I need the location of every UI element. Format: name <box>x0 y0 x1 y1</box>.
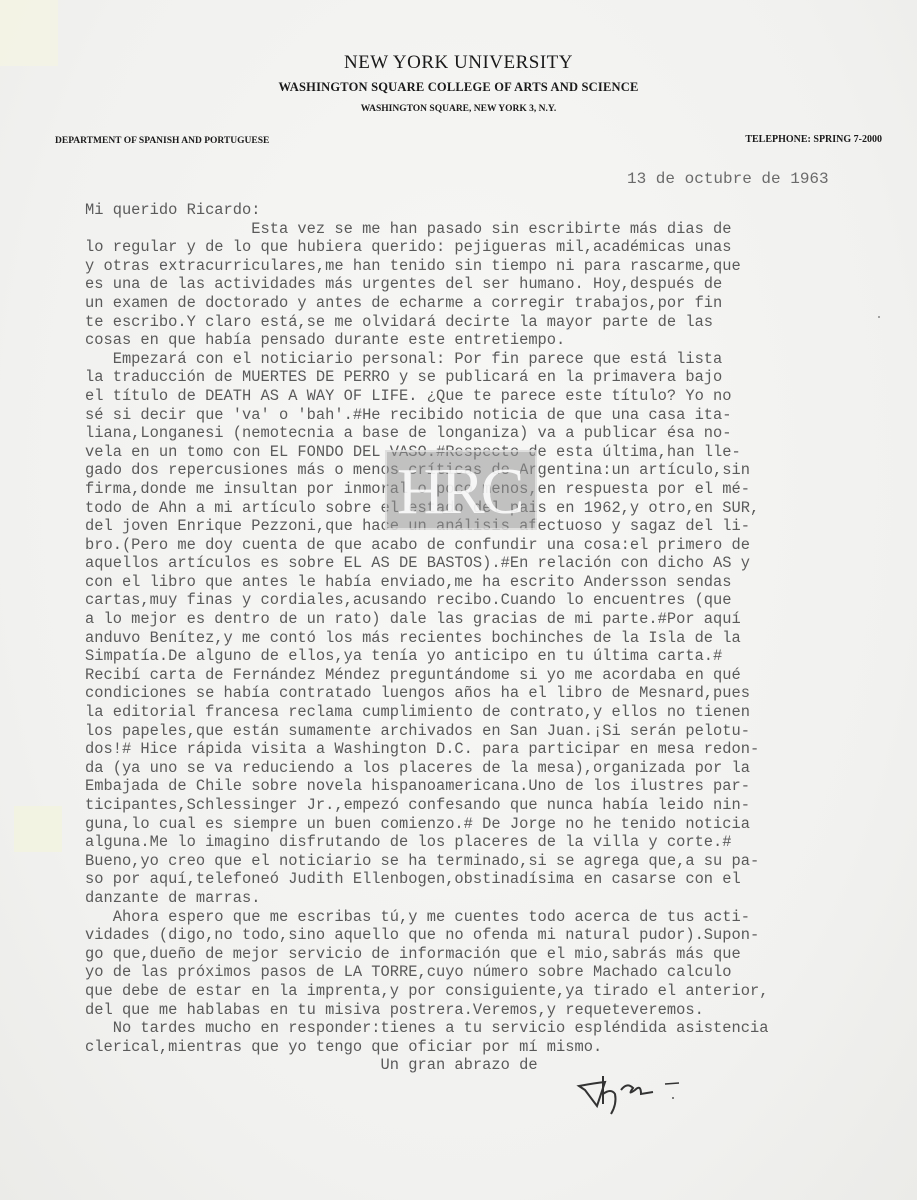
letter-date: 13 de octubre de 1963 <box>627 170 829 188</box>
letter-line: da (ya uno se va reduciendo a los placer… <box>85 759 768 778</box>
letter-line: clerical,mientras que yo tengo que ofici… <box>85 1038 768 1057</box>
letter-line: vidades (digo,no todo,sino aquello que n… <box>85 926 768 945</box>
letter-line: la traducción de MUERTES DE PERRO y se p… <box>85 368 768 387</box>
letter-line: condiciones se había contratado luengos … <box>85 684 768 703</box>
letter-line: que debe de estar en la imprenta,y por c… <box>85 982 768 1001</box>
letter-line: liana,Longanesi (nemotecnia a base de lo… <box>85 424 768 443</box>
letter-line: anduvo Benítez,y me contó los más recien… <box>85 629 768 648</box>
letter-line: del que me hablabas en tu misiva postrer… <box>85 1001 768 1020</box>
letter-line: Recibí carta de Fernández Méndez pregunt… <box>85 666 768 685</box>
letter-line: Embajada de Chile sobre novela hispanoam… <box>85 777 768 796</box>
letter-line: cartas,muy finas y cordiales,acusando re… <box>85 591 768 610</box>
letter-line: el título de DEATH AS A WAY OF LIFE. ¿Qu… <box>85 387 768 406</box>
letter-line: Ahora espero que me escribas tú,y me cue… <box>85 908 768 927</box>
letter-line: Bueno,yo creo que el noticiario se ha te… <box>85 852 768 871</box>
letter-line: la editorial francesa reclama cumplimien… <box>85 703 768 722</box>
letter-page: NEW YORK UNIVERSITY WASHINGTON SQUARE CO… <box>0 0 917 1200</box>
ink-speck <box>878 316 880 318</box>
handwritten-signature-icon <box>575 1068 695 1123</box>
letter-line: so por aquí,telefoneó Judith Ellenbogen,… <box>85 870 768 889</box>
letter-line: sé si decir que 'va' o 'bah'.#He recibid… <box>85 406 768 425</box>
letter-line: aquellos artículos es sobre EL AS DE BAS… <box>85 554 768 573</box>
college-name: WASHINGTON SQUARE COLLEGE OF ARTS AND SC… <box>0 80 917 95</box>
letter-line: go que,dueño de mejor servicio de inform… <box>85 945 768 964</box>
letter-line: ticipantes,Schlessinger Jr.,empezó confe… <box>85 796 768 815</box>
letter-line: con el libro que antes le había enviado,… <box>85 573 768 592</box>
letter-line: dos!# Hice rápida visita a Washington D.… <box>85 740 768 759</box>
letter-line: lo regular y de lo que hubiera querido: … <box>85 238 768 257</box>
letter-line: cosas en que había pensado durante este … <box>85 331 768 350</box>
letter-line: danzante de marras. <box>85 889 768 908</box>
telephone-number: TELEPHONE: SPRING 7-2000 <box>745 134 882 145</box>
letter-line: Empezará con el noticiario personal: Por… <box>85 350 768 369</box>
letter-line: los papeles,que están sumamente archivad… <box>85 722 768 741</box>
letter-line: Mi querido Ricardo: <box>85 201 768 220</box>
college-address: WASHINGTON SQUARE, NEW YORK 3, N.Y. <box>0 104 917 114</box>
letter-line: es una de las actividades más urgentes d… <box>85 275 768 294</box>
hrc-watermark: HRC <box>385 450 537 530</box>
letter-line: alguna.Me lo imagino disfrutando de los … <box>85 833 768 852</box>
letter-line: yo de las próximos pasos de LA TORRE,cuy… <box>85 963 768 982</box>
watermark-label: HRC <box>397 452 521 532</box>
letter-line: un examen de doctorado y antes de echarm… <box>85 294 768 313</box>
letter-body: Mi querido Ricardo: Esta vez se me han p… <box>85 201 768 1075</box>
department-name: DEPARTMENT OF SPANISH AND PORTUGUESE <box>55 136 269 146</box>
letter-line: No tardes mucho en responder:tienes a tu… <box>85 1019 768 1038</box>
university-name: NEW YORK UNIVERSITY <box>0 52 917 74</box>
letter-line: Esta vez se me han pasado sin escribirte… <box>85 220 768 239</box>
letter-line: y otras extracurriculares,me han tenido … <box>85 257 768 276</box>
tape-mark <box>14 806 62 852</box>
letter-line: a lo mejor es dentro de un rato) dale la… <box>85 610 768 629</box>
letter-line: te escribo.Y claro está,se me olvidará d… <box>85 313 768 332</box>
letter-line: Simpatía.De alguno de ellos,ya tenía yo … <box>85 647 768 666</box>
letter-line: guna,lo cual es siempre un buen comienzo… <box>85 815 768 834</box>
letter-line: bro.(Pero me doy cuenta de que acabo de … <box>85 536 768 555</box>
